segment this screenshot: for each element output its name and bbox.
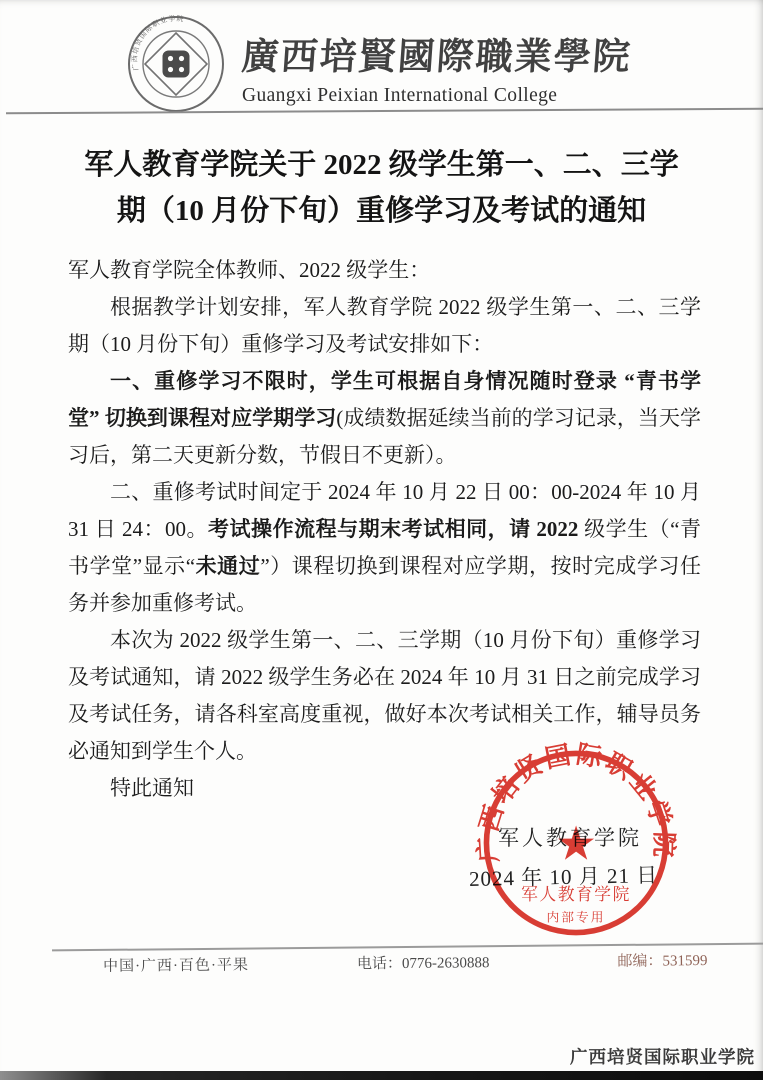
seal-center-text: 军人教育学院 xyxy=(521,885,631,904)
footer-address: 中国·广西·百色·平果 xyxy=(103,953,249,975)
letterhead: 广西培贤国际职业学院 廣西培賢國際職業學院 Guangxi Peixian In… xyxy=(126,14,632,114)
college-emblem-icon: 广西培贤国际职业学院 xyxy=(126,14,226,114)
page-bottom-edge xyxy=(0,1071,763,1080)
footer: 中国·广西·百色·平果 电话：0776-2630888 邮编：531599 xyxy=(58,949,738,977)
scanned-notice-page: 广西培贤国际职业学院 廣西培賢國際職業學院 Guangxi Peixian In… xyxy=(0,0,763,1080)
paragraph: 一、重修学习不限时，学生可根据自身情况随时登录 “青书学堂” 切换到课程对应学期… xyxy=(68,363,701,474)
seal-bottom-text: 内部专用 xyxy=(547,909,606,924)
salutation: 军人教育学院全体教师、2022 级学生： xyxy=(68,252,701,289)
paragraph: 根据教学计划安排，军人教育学院 2022 级学生第一、二、三学期（10 月份下旬… xyxy=(68,289,701,363)
footer-postcode: 邮编：531599 xyxy=(617,949,707,971)
text-segment: 未通过 xyxy=(195,554,260,578)
text-segment: 特此通知 xyxy=(110,776,194,800)
seal-star-icon: ★ xyxy=(555,818,597,870)
notice-title: 军人教育学院关于 2022 级学生第一、二、三学期（10 月份下旬）重修学习及考… xyxy=(76,142,688,234)
text-segment: 根据教学计划安排，军人教育学院 2022 级学生第一、二、三学期（10 月份下旬… xyxy=(68,295,701,356)
paragraph: 二、重修考试时间定于 2024 年 10 月 22 日 00：00-2024 年… xyxy=(68,474,701,622)
corner-watermark: 广西培贤国际职业学院 xyxy=(570,1044,755,1069)
college-names: 廣西培賢國際職業學院 Guangxi Peixian International… xyxy=(242,14,632,107)
text-segment: 考试操作流程与期末考试相同，请 2022 xyxy=(208,517,584,541)
official-seal-stamp: 广西培贤国际职业学院 ★ 军人教育学院 内部专用 xyxy=(459,726,693,960)
college-name-en: Guangxi Peixian International College xyxy=(242,85,632,107)
notice-body: 军人教育学院全体教师、2022 级学生： 根据教学计划安排，军人教育学院 202… xyxy=(68,252,701,807)
college-name-zh: 廣西培賢國際職業學院 xyxy=(240,26,634,80)
footer-phone: 电话：0776-2630888 xyxy=(357,951,490,973)
